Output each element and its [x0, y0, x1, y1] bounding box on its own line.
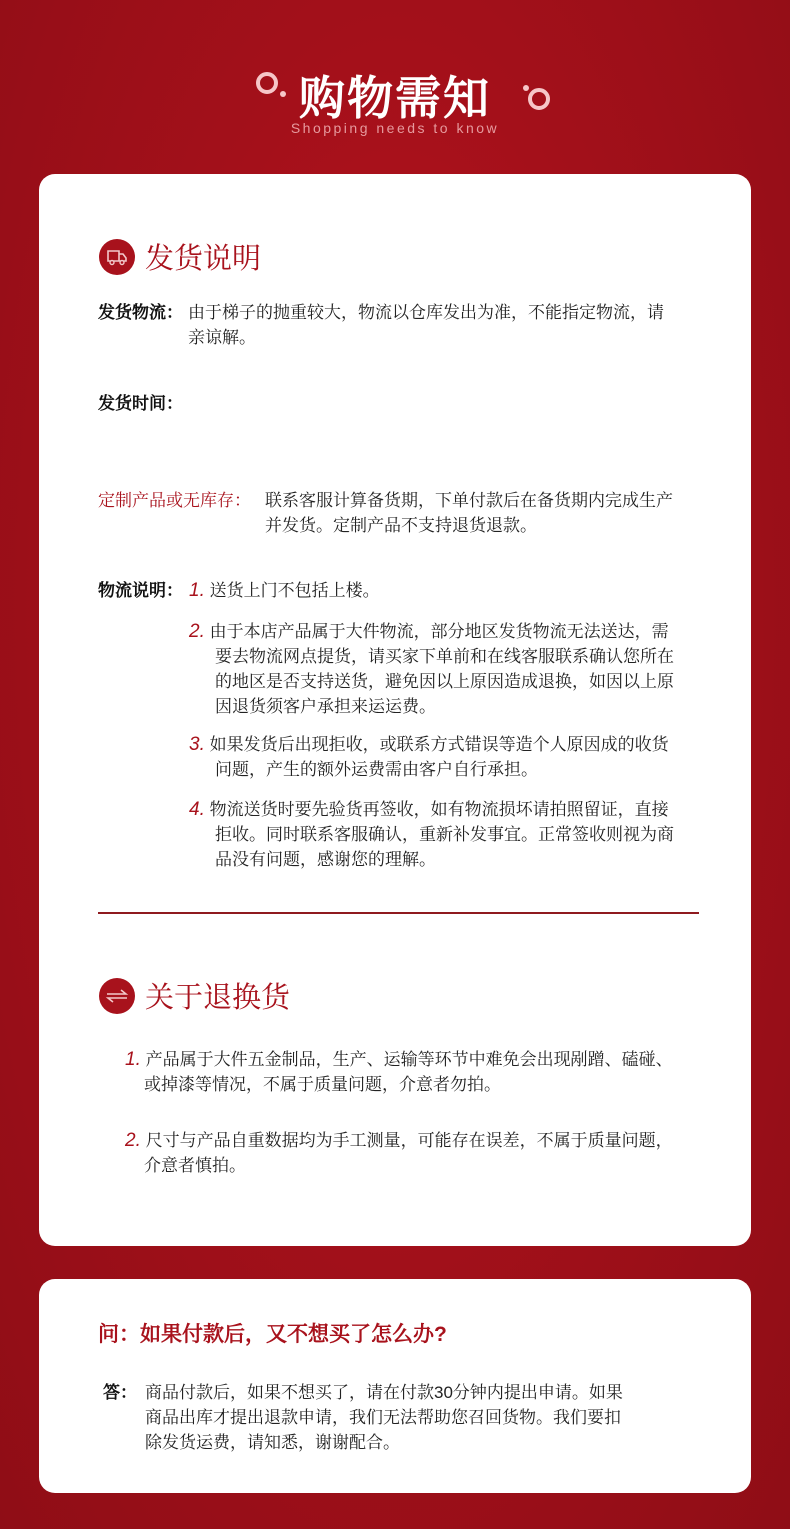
page-header: 购物需知 Shopping needs to know	[0, 0, 790, 170]
dot-decoration-icon	[523, 85, 529, 91]
note-item: 2. 由于本店产品属于大件物流，部分地区发货物流无法送达，需 要去物流网点提货，…	[189, 619, 674, 719]
returns-item: 2. 尺寸与产品自重数据均为手工测量，可能存在误差，不属于质量问题， 介意者慎拍…	[125, 1128, 673, 1178]
logistics-notes-label: 物流说明：	[98, 578, 183, 603]
ship-time-label: 发货时间：	[98, 391, 183, 416]
page-title: 购物需知	[0, 62, 790, 128]
truck-icon	[99, 239, 135, 275]
custom-product-label: 定制产品或无库存：	[98, 488, 251, 513]
shipping-section-title: 发货说明	[145, 236, 261, 277]
returns-section-title: 关于退换货	[145, 975, 290, 1016]
logistics-label: 发货物流：	[98, 300, 183, 325]
logistics-text-line1: 由于梯子的抛重较大，物流以仓库发出为准，不能指定物流，请	[188, 300, 664, 325]
faq-question: 问：如果付款后，又不想买了怎么办?	[98, 1318, 447, 1348]
page-subtitle: Shopping needs to know	[0, 120, 790, 136]
shipping-section-header: 发货说明	[99, 236, 261, 277]
faq-answer-label: 答：	[103, 1380, 137, 1405]
logistics-text-line2: 亲谅解。	[188, 325, 256, 350]
note-item: 4. 物流送货时要先验货再签收，如有物流损坏请拍照留证，直接 拒收。同时联系客服…	[189, 797, 674, 872]
custom-product-text-line1: 联系客服计算备货期，下单付款后在备货期内完成生产	[265, 488, 673, 513]
note-item: 1. 送货上门不包括上楼。	[189, 578, 380, 603]
note-item: 3. 如果发货后出现拒收，或联系方式错误等造个人原因成的收货 问题，产生的额外运…	[189, 732, 669, 782]
returns-section-header: 关于退换货	[99, 975, 290, 1016]
section-divider	[98, 912, 699, 914]
faq-answer: 商品付款后，如果不想买了，请在付款30分钟内提出申请。如果 商品出库才提出退款申…	[145, 1380, 623, 1455]
returns-item: 1. 产品属于大件五金制品，生产、运输等环节中难免会出现剐蹭、磕碰、 或掉漆等情…	[125, 1047, 673, 1097]
faq-card: 问：如果付款后，又不想买了怎么办? 答： 商品付款后，如果不想买了，请在付款30…	[39, 1279, 751, 1493]
custom-product-text-line2: 并发货。定制产品不支持退货退款。	[265, 513, 537, 538]
exchange-arrows-icon	[99, 978, 135, 1014]
ring-decoration-icon	[528, 88, 550, 110]
info-card: 发货说明 发货物流： 由于梯子的抛重较大，物流以仓库发出为准，不能指定物流，请 …	[39, 174, 751, 1246]
